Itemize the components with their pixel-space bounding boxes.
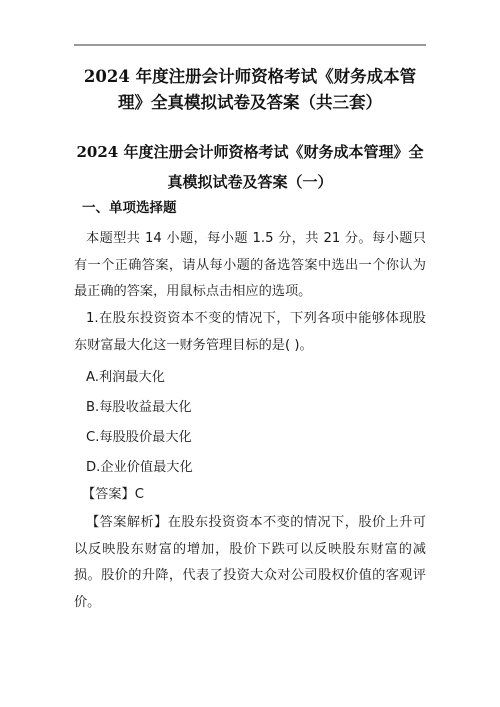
answer-analysis: 【答案解析】在股东投资资本不变的情况下，股价上升可以反映股东财富的增加，股价下跌… [74, 510, 426, 616]
question-text: 1.在股东投资资本不变的情况下，下列各项中能够体现股东财富最大化这一财务管理目标… [74, 306, 426, 359]
option-b[interactable]: B.每股收益最大化 [86, 393, 193, 423]
exam-subtitle: 2024 年度注册会计师资格考试《财务成本管理》全真模拟试卷及答案（一） [74, 137, 426, 197]
option-d[interactable]: D.企业价值最大化 [86, 453, 193, 483]
option-a[interactable]: A.利润最大化 [86, 363, 193, 393]
option-c[interactable]: C.每股股价最大化 [86, 423, 193, 453]
answer-label: 【答案】C [82, 482, 144, 508]
document-title: 2024 年度注册会计师资格考试《财务成本管理》全真模拟试卷及答案（共三套） [74, 64, 426, 116]
header-rule [74, 44, 426, 46]
document-page: 2024 年度注册会计师资格考试《财务成本管理》全真模拟试卷及答案（共三套） 2… [0, 0, 500, 707]
section-intro: 本题型共 14 小题，每小题 1.5 分，共 21 分。每小题只有一个正确答案，… [74, 226, 426, 306]
answer-options: A.利润最大化 B.每股收益最大化 C.每股股价最大化 D.企业价值最大化 [86, 363, 193, 483]
section-header: 一、单项选择题 [82, 198, 177, 218]
